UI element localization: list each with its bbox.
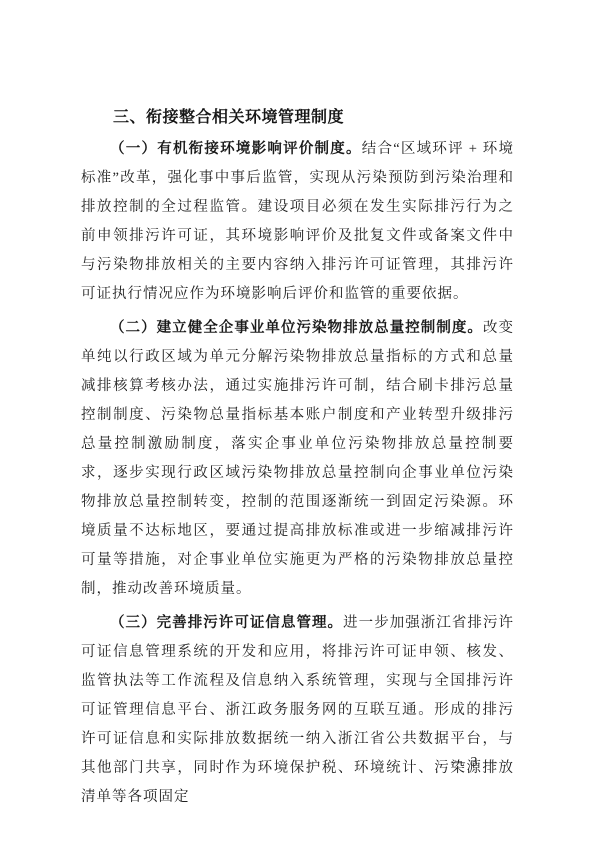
- paragraph-1-body: 结合“区域环评 + 环境标准”改革，强化事中事后监管，实现从污染预防到污染治理和…: [81, 141, 514, 302]
- document-page: 三、衔接整合相关环境管理制度 （一）有机衔接环境影响评价制度。结合“区域环评 +…: [0, 0, 595, 842]
- paragraph-3: （三）完善排污许可证信息管理。进一步加强浙江省排污许可证信息管理系统的开发和应用…: [81, 609, 514, 812]
- paragraph-2: （二）建立健全企事业单位污染物排放总量控制制度。改变单纯以行政区域为单元分解污染…: [81, 314, 514, 604]
- document-body: 三、衔接整合相关环境管理制度 （一）有机衔接环境影响评价制度。结合“区域环评 +…: [81, 103, 514, 817]
- paragraph-3-body: 进一步加强浙江省排污许可证信息管理系统的开发和应用，将排污许可证申领、核发、监管…: [81, 615, 514, 805]
- page-number: — 3 —: [451, 755, 498, 771]
- paragraph-1-lead: （一）有机衔接环境影响评价制度。: [110, 141, 362, 157]
- paragraph-2-lead: （二）建立健全企事业单位污染物排放总量控制制度。: [110, 320, 483, 336]
- section-heading: 三、衔接整合相关环境管理制度: [81, 103, 514, 132]
- paragraph-3-lead: （三）完善排污许可证信息管理。: [110, 615, 343, 631]
- paragraph-2-body: 改变单纯以行政区域为单元分解污染物排放总量指标的方式和总量减排核算考核办法，通过…: [81, 320, 514, 597]
- paragraph-1: （一）有机衔接环境影响评价制度。结合“区域环评 + 环境标准”改革，强化事中事后…: [81, 135, 514, 309]
